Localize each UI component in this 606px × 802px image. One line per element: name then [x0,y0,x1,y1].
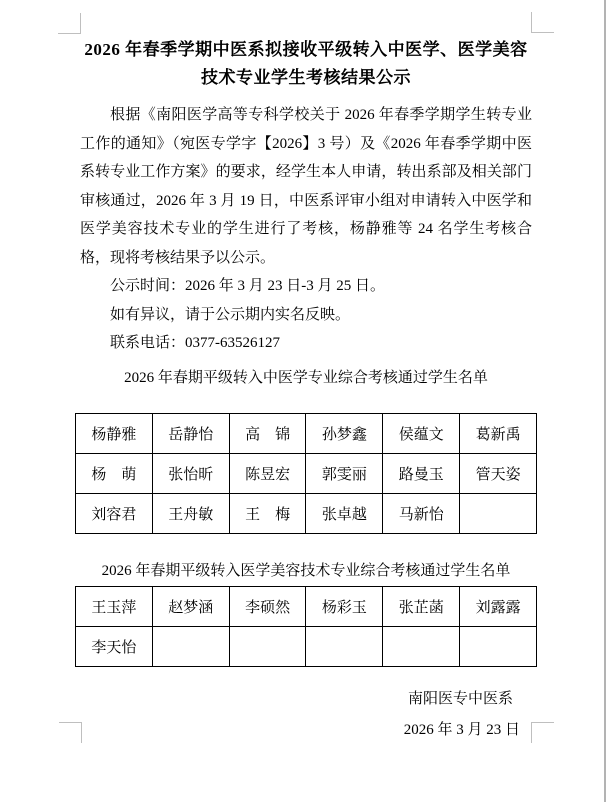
margin-crop-mark-top-left [58,13,81,34]
student-name-cell: 岳静怡 [152,413,229,453]
student-name-cell: 赵梦涵 [152,586,229,626]
table1-heading: 2026 年春期平级转入中医学专业综合考核通过学生名单 [80,368,532,389]
contact-phone-line: 联系电话：0377-63526127 [80,329,532,358]
student-name-cell: 张卓越 [306,493,383,533]
student-name-cell [460,626,537,666]
student-name-cell: 杨 萌 [76,453,153,493]
student-name-cell [460,493,537,533]
table2-heading: 2026 年春期平级转入医学美容技术专业综合考核通过学生名单 [80,561,532,582]
objection-line: 如有异议，请于公示期内实名反映。 [80,301,532,330]
document-content: 2026 年春季学期中医系拟接收平级转入中医学、医学美容技术专业学生考核结果公示… [80,36,532,741]
approved-students-table-cosmetology: 王玉萍 赵梦涵 李硕然 杨彩玉 张芷菡 刘露露 李天怡 [75,586,537,667]
student-name-cell: 张芷菡 [383,586,460,626]
publicity-period-line: 公示时间：2026 年 3 月 23 日-3 月 25 日。 [80,272,532,301]
student-name-cell: 路曼玉 [383,453,460,493]
student-name-cell: 孙梦鑫 [306,413,383,453]
student-name-cell: 侯蕴文 [383,413,460,453]
student-name-cell [383,626,460,666]
student-name-cell: 张怡昕 [152,453,229,493]
table-row: 杨静雅 岳静怡 高 锦 孙梦鑫 侯蕴文 葛新禹 [76,413,537,453]
student-name-cell: 王舟敏 [152,493,229,533]
approved-students-table-tcm: 杨静雅 岳静怡 高 锦 孙梦鑫 侯蕴文 葛新禹 杨 萌 张怡昕 陈昱宏 郭雯丽 … [75,413,537,534]
table-row: 王玉萍 赵梦涵 李硕然 杨彩玉 张芷菡 刘露露 [76,586,537,626]
student-name-cell: 杨彩玉 [306,586,383,626]
student-name-cell: 管天姿 [460,453,537,493]
document-page: 2026 年春季学期中医系拟接收平级转入中医学、医学美容技术专业学生考核结果公示… [0,0,606,802]
document-title: 2026 年春季学期中医系拟接收平级转入中医学、医学美容技术专业学生考核结果公示 [80,36,532,92]
student-name-cell [152,626,229,666]
table-row: 刘容君 王舟敏 王 梅 张卓越 马新怡 [76,493,537,533]
table-row: 李天怡 [76,626,537,666]
student-name-cell: 李天怡 [76,626,153,666]
student-name-cell [229,626,306,666]
student-name-cell: 王玉萍 [76,586,153,626]
body-paragraph: 根据《南阳医学高等专科学校关于 2026 年春季学期学生转专业工作的通知》（宛医… [80,101,532,272]
margin-crop-mark-bottom-left [59,722,82,743]
table-row: 杨 萌 张怡昕 陈昱宏 郭雯丽 路曼玉 管天姿 [76,453,537,493]
student-name-cell: 高 锦 [229,413,306,453]
student-name-cell: 刘露露 [460,586,537,626]
signature-department: 南阳医专中医系 [80,689,532,710]
student-name-cell [306,626,383,666]
student-name-cell: 刘容君 [76,493,153,533]
student-name-cell: 杨静雅 [76,413,153,453]
signature-date: 2026 年 3 月 23 日 [80,720,532,741]
student-name-cell: 马新怡 [383,493,460,533]
student-name-cell: 葛新禹 [460,413,537,453]
margin-crop-mark-top-right [531,12,554,33]
student-name-cell: 王 梅 [229,493,306,533]
student-name-cell: 陈昱宏 [229,453,306,493]
student-name-cell: 李硕然 [229,586,306,626]
margin-crop-mark-bottom-right [531,722,554,743]
student-name-cell: 郭雯丽 [306,453,383,493]
